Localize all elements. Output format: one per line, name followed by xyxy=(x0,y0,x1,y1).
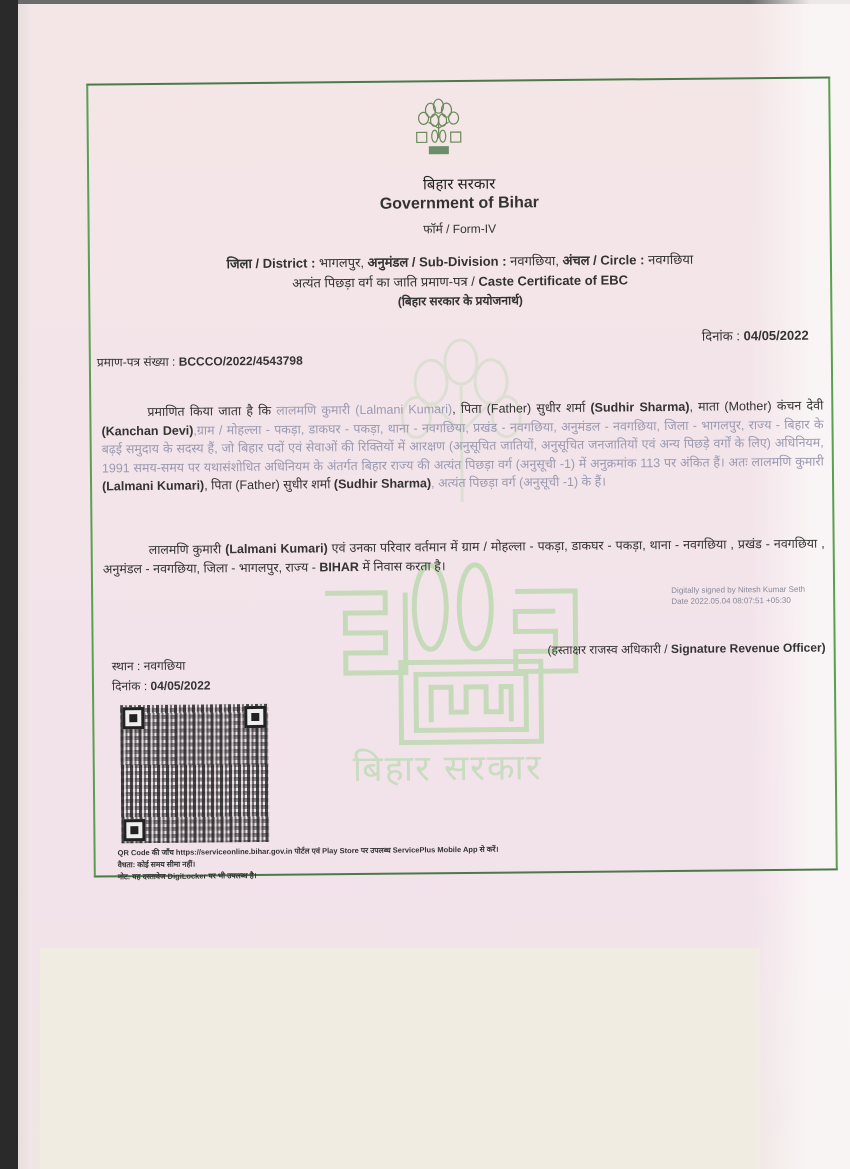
holder-name: लालमणि कुमारी (Lalmani Kumari) xyxy=(276,402,452,418)
digital-signature-block: Digitally signed by Nitesh Kumar Seth Da… xyxy=(671,584,805,607)
circle-label: अंचल / Circle : xyxy=(562,252,644,268)
para2-state: BIHAR xyxy=(319,559,359,573)
father-name-english-2: (Sudhir Sharma) xyxy=(334,476,431,491)
mother-name-english: (Kanchan Devi) xyxy=(101,423,193,438)
certificate-frame: बिहार सरकार बिहार सरकार Government of Bi… xyxy=(86,76,838,877)
digital-signature-date: Date 2022.05.04 08:07:51 +05:30 xyxy=(671,595,805,607)
place-label: स्थान : xyxy=(112,659,141,673)
signing-date: दिनांक : 04/05/2022 xyxy=(112,676,211,694)
certificate-type-english: Caste Certificate of EBC xyxy=(478,272,628,288)
para2-text-end: में निवास करता है। xyxy=(359,559,446,574)
certificate-number-label: प्रमाण-पत्र संख्या : xyxy=(97,355,176,370)
para1-text-3: , माता (Mother) कंचन देवी xyxy=(689,399,823,414)
district-value: भागलपुर, xyxy=(319,255,364,270)
qr-finder-top-right xyxy=(244,706,266,728)
para2-name: लालमणि कुमारी xyxy=(149,542,226,557)
para1-text-6: , पिता (Father) सुधीर शर्मा xyxy=(204,477,334,492)
para1-text-1: प्रमाणित किया जाता है कि xyxy=(147,404,276,419)
subdivision-label: अनुमंडल / Sub-Division : xyxy=(368,254,507,270)
qr-finder-bottom-left xyxy=(123,819,145,841)
signing-date-label: दिनांक : xyxy=(112,679,147,693)
issue-date-value: 04/05/2022 xyxy=(744,328,809,344)
certificate-number-value: BCCCO/2022/4543798 xyxy=(179,354,303,369)
qr-finder-top-left xyxy=(122,707,144,729)
place-value: नवगछिया xyxy=(144,659,186,673)
para1-address: ,ग्राम / मोहल्ला - पकड़ा, डाकघर - पकड़ा,… xyxy=(193,417,784,437)
certification-paragraph: प्रमाणित किया जाता है कि लालमणि कुमारी (… xyxy=(101,397,824,496)
footer-notes: QR Code की जाँच https://serviceonline.bi… xyxy=(118,844,499,884)
certificate-number: प्रमाण-पत्र संख्या : BCCCO/2022/4543798 xyxy=(97,352,303,371)
signing-date-value: 04/05/2022 xyxy=(150,678,210,693)
para2-name-english: (Lalmani Kumari) xyxy=(225,541,328,556)
signature-label: (हस्ताक्षर राजस्व अधिकारी / Signature Re… xyxy=(547,639,825,659)
qr-code xyxy=(120,704,269,843)
certificate-type-hindi: अत्यंत पिछड़ा वर्ग का जाति प्रमाण-पत्र / xyxy=(292,274,475,291)
subdivision-value: नवगछिया, xyxy=(510,253,559,268)
paper-edge-shadow xyxy=(18,0,32,1169)
watermark-text: बिहार सरकार xyxy=(353,741,543,792)
paper-lower-fold xyxy=(40,948,760,1169)
issue-date-label: दिनांक : xyxy=(702,328,740,343)
para1-text-2: , पिता (Father) सुधीर शर्मा xyxy=(452,401,590,416)
residence-paragraph: लालमणि कुमारी (Lalmani Kumari) एवं उनका … xyxy=(103,535,825,579)
signature-label-english: Signature Revenue Officer) xyxy=(671,641,826,656)
holder-name-english: (Lalmani Kumari) xyxy=(102,478,204,493)
district-label: जिला / District : xyxy=(227,255,316,271)
para1-conclusion: , अत्यंत पिछड़ा वर्ग (अनुसूची -1) के हैं… xyxy=(431,475,606,491)
father-name-english: (Sudhir Sharma) xyxy=(590,400,689,415)
issue-date: दिनांक : 04/05/2022 xyxy=(702,326,809,345)
form-number: फॉर्म / Form-IV xyxy=(90,216,830,240)
bihar-emblem-icon xyxy=(410,96,467,159)
place: स्थान : नवगछिया xyxy=(112,657,186,675)
signature-label-hindi: (हस्ताक्षर राजस्व अधिकारी / xyxy=(547,642,671,657)
paper-top-edge xyxy=(18,0,850,4)
circle-value: नवगछिया xyxy=(648,252,693,267)
